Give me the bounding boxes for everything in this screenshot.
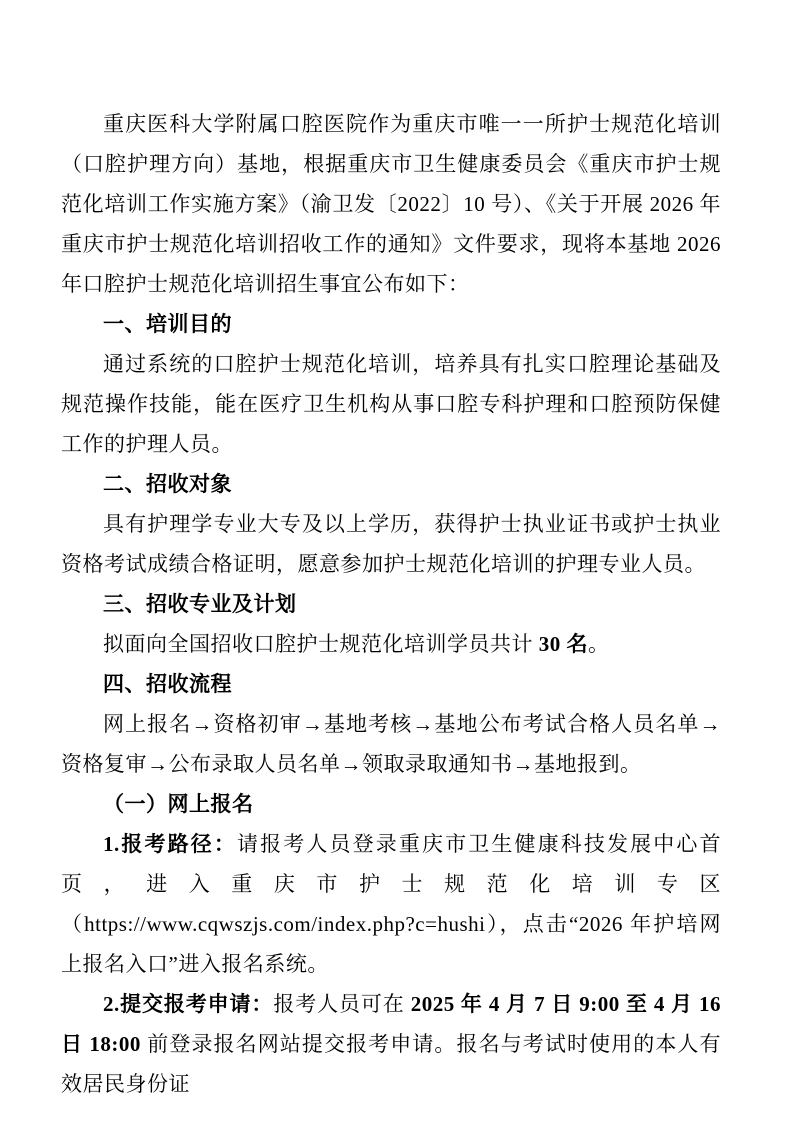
text-run: 前登录报名网站提交报考申请。报名与考试时使用的本人有效居民身份证 xyxy=(61,1032,721,1096)
recruitment-plan-paragraph: 拟面向全国招收口腔护士规范化培训学员共计 30 名。 xyxy=(61,624,721,664)
bold-text-run: 三、招收专业及计划 xyxy=(103,592,297,616)
bold-text-run: 四、招收流程 xyxy=(103,672,232,696)
registration-path-paragraph: 1.报考路径：请报考人员登录重庆市卫生健康科技发展中心首页，进入重庆市护士规范化… xyxy=(61,824,721,984)
text-run: 报考人员可在 xyxy=(273,992,410,1016)
heading-recruitment-target: 二、招收对象 xyxy=(61,464,721,504)
bold-text-run: （一）网上报名 xyxy=(103,792,254,816)
bold-text-run: 二、招收对象 xyxy=(103,472,232,496)
bold-text-run: 一、培训目的 xyxy=(103,312,232,336)
training-purpose-paragraph: 通过系统的口腔护士规范化培训，培养具有扎实口腔理论基础及规范操作技能，能在医疗卫… xyxy=(61,344,721,464)
text-run: 通过系统的口腔护士规范化培训，培养具有扎实口腔理论基础及规范操作技能，能在医疗卫… xyxy=(61,352,721,456)
text-run: 。 xyxy=(588,632,610,656)
recruitment-process-paragraph: 网上报名→资格初审→基地考核→基地公布考试合格人员名单→资格复审→公布录取人员名… xyxy=(61,704,721,784)
text-run: 拟面向全国招收口腔护士规范化培训学员共计 xyxy=(103,632,539,656)
application-submission-paragraph: 2.提交报考申请：报考人员可在 2025 年 4 月 7 日 9:00 至 4 … xyxy=(61,984,721,1104)
intro-paragraph: 重庆医科大学附属口腔医院作为重庆市唯一一所护士规范化培训（口腔护理方向）基地，根… xyxy=(61,104,721,304)
bold-text-run: 30 名 xyxy=(539,632,588,656)
heading-recruitment-process: 四、招收流程 xyxy=(61,664,721,704)
bold-text-run: 1.报考路径： xyxy=(103,832,237,856)
text-run: 具有护理学专业大专及以上学历，获得护士执业证书或护士执业资格考试成绩合格证明，愿… xyxy=(61,512,721,576)
document-body: 重庆医科大学附属口腔医院作为重庆市唯一一所护士规范化培训（口腔护理方向）基地，根… xyxy=(61,104,721,1104)
text-run: 网上报名→资格初审→基地考核→基地公布考试合格人员名单→资格复审→公布录取人员名… xyxy=(61,712,721,776)
subheading-online-registration: （一）网上报名 xyxy=(61,784,721,824)
heading-training-purpose: 一、培训目的 xyxy=(61,304,721,344)
document-page: 重庆医科大学附属口腔医院作为重庆市唯一一所护士规范化培训（口腔护理方向）基地，根… xyxy=(0,0,793,1122)
heading-recruitment-plan: 三、招收专业及计划 xyxy=(61,584,721,624)
recruitment-target-paragraph: 具有护理学专业大专及以上学历，获得护士执业证书或护士执业资格考试成绩合格证明，愿… xyxy=(61,504,721,584)
bold-text-run: 2.提交报考申请： xyxy=(103,992,273,1016)
text-run: 重庆医科大学附属口腔医院作为重庆市唯一一所护士规范化培训（口腔护理方向）基地，根… xyxy=(61,112,721,296)
